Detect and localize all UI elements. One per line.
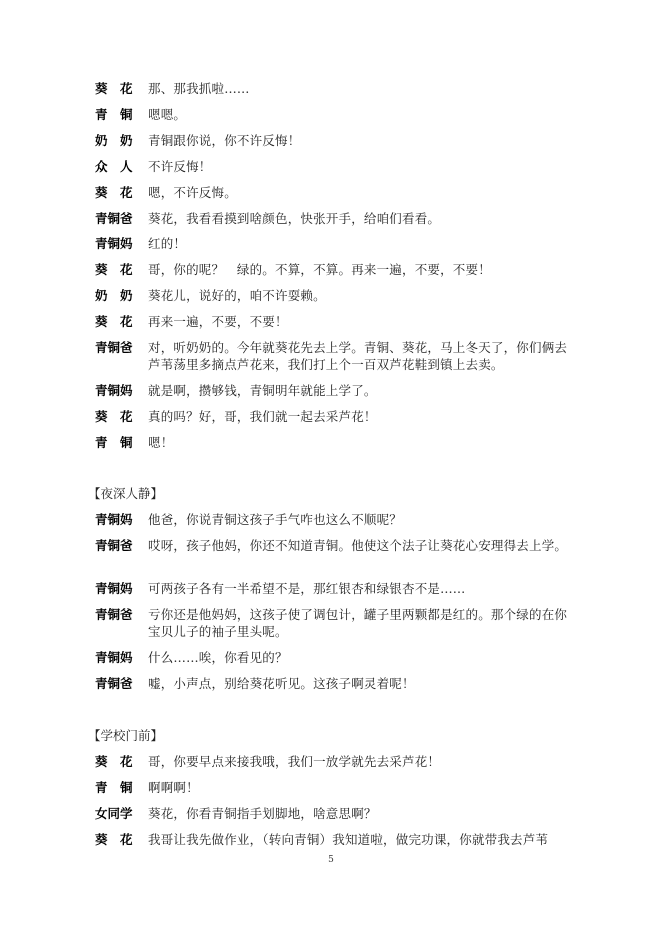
- speech-text: 什么……唉，你看见的？: [148, 649, 575, 666]
- dialogue-line: 青铜爸 对，听奶奶的。今年就葵花先去上学。青铜、葵花，马上冬天了，你们俩去芦苇荡…: [95, 339, 575, 373]
- dialogue-line: 葵 花 再来一遍，不要，不要！: [95, 313, 575, 330]
- scene-heading: 【夜深人静】: [88, 485, 163, 502]
- speaker-name: 青铜妈: [95, 511, 148, 528]
- dialogue-line: 奶 奶 葵花儿，说好的，咱不许耍赖。: [95, 287, 575, 304]
- dialogue-line: 青铜妈 他爸，你说青铜这孩子手气咋也这么不顺呢？: [95, 511, 575, 528]
- speaker-name: 青 铜: [95, 434, 148, 451]
- speech-text: 不许反悔！: [148, 158, 575, 175]
- speaker-name: 葵 花: [95, 408, 148, 425]
- speech-text: 那、那我抓啦……: [148, 80, 575, 97]
- speech-text: 他爸，你说青铜这孩子手气咋也这么不顺呢？: [148, 511, 575, 528]
- dialogue-line: 奶 奶 青铜跟你说，你不许反悔！: [95, 132, 575, 149]
- speaker-name: 葵 花: [95, 831, 148, 848]
- dialogue-line: 众 人 不许反悔！: [95, 158, 575, 175]
- speech-text: 红的！: [148, 235, 575, 252]
- speaker-name: 葵 花: [95, 261, 148, 278]
- speaker-name: 青铜爸: [95, 339, 148, 356]
- speaker-name: 青铜妈: [95, 580, 148, 597]
- speaker-name: 青 铜: [95, 779, 148, 796]
- dialogue-line: 青铜妈 红的！: [95, 235, 575, 252]
- dialogue-line: 葵 花 嗯，不许反悔。: [95, 184, 575, 201]
- speech-text: 青铜跟你说，你不许反悔！: [148, 132, 575, 149]
- speech-text: 葵花，你看青铜指手划脚地，啥意思啊？: [148, 805, 575, 822]
- speaker-name: 青铜妈: [95, 382, 148, 399]
- speaker-name: 青 铜: [95, 106, 148, 123]
- speech-text: 葵花儿，说好的，咱不许耍赖。: [148, 287, 575, 304]
- scene-heading: 【学校门前】: [88, 727, 163, 744]
- speaker-name: 青铜妈: [95, 235, 148, 252]
- dialogue-line: 葵 花 哥，你的呢？ 绿的。不算，不算。再来一遍，不要，不要！: [95, 261, 575, 278]
- dialogue-line: 青铜爸 嘘，小声点，别给葵花听见。这孩子啊灵着呢！: [95, 675, 575, 692]
- speech-text: 啊啊啊！: [148, 779, 575, 796]
- dialogue-line: 青铜妈 就是啊，攒够钱，青铜明年就能上学了。: [95, 382, 575, 399]
- speaker-name: 葵 花: [95, 184, 148, 201]
- dialogue-line: 葵 花 真的吗？好，哥，我们就一起去采芦花！: [95, 408, 575, 425]
- speech-text: 葵花，我看看摸到啥颜色，快张开手，给咱们看看。: [148, 210, 575, 227]
- speaker-name: 奶 奶: [95, 287, 148, 304]
- speaker-name: 葵 花: [95, 313, 148, 330]
- dialogue-line: 青铜爸 葵花，我看看摸到啥颜色，快张开手，给咱们看看。: [95, 210, 575, 227]
- speech-text: 哎呀，孩子他妈，你还不知道青铜。他使这个法子让葵花心安理得去上学。: [148, 537, 575, 554]
- speech-text: 嘘，小声点，别给葵花听见。这孩子啊灵着呢！: [148, 675, 575, 692]
- speaker-name: 青铜爸: [95, 606, 148, 623]
- dialogue-line: 青 铜 嗯！: [95, 434, 575, 451]
- page-number: 5: [0, 855, 662, 865]
- speaker-name: 青铜爸: [95, 675, 148, 692]
- speaker-name: 奶 奶: [95, 132, 148, 149]
- dialogue-line: 女同学 葵花，你看青铜指手划脚地，啥意思啊？: [95, 805, 575, 822]
- speech-text: 就是啊，攒够钱，青铜明年就能上学了。: [148, 382, 575, 399]
- dialogue-line: 青铜妈 可两孩子各有一半希望不是，那红银杏和绿银杏不是……: [95, 580, 575, 597]
- speaker-name: 众 人: [95, 158, 148, 175]
- dialogue-line: 青 铜 嗯嗯。: [95, 106, 575, 123]
- speech-text: 嗯嗯。: [148, 106, 575, 123]
- document-page: 葵 花 那、那我抓啦…… 青 铜 嗯嗯。 奶 奶 青铜跟你说，你不许反悔！ 众 …: [0, 0, 662, 936]
- speech-text: 亏你还是他妈妈，这孩子使了调包计，罐子里两颗都是红的。那个绿的在你宝贝儿子的袖子…: [148, 606, 575, 640]
- dialogue-line: 葵 花 那、那我抓啦……: [95, 80, 575, 97]
- speech-text: 再来一遍，不要，不要！: [148, 313, 575, 330]
- speech-text: 我哥让我先做作业，（转向青铜）我知道啦，做完功课，你就带我去芦苇: [148, 831, 575, 848]
- dialogue-line: 葵 花 我哥让我先做作业，（转向青铜）我知道啦，做完功课，你就带我去芦苇: [95, 831, 575, 848]
- speech-text: 嗯！: [148, 434, 575, 451]
- dialogue-line: 青铜妈 什么……唉，你看见的？: [95, 649, 575, 666]
- speaker-name: 青铜爸: [95, 210, 148, 227]
- speech-text: 对，听奶奶的。今年就葵花先去上学。青铜、葵花，马上冬天了，你们俩去芦苇荡里多摘点…: [148, 339, 575, 373]
- speaker-name: 青铜爸: [95, 537, 148, 554]
- dialogue-line: 青 铜 啊啊啊！: [95, 779, 575, 796]
- speech-text: 哥，你要早点来接我哦，我们一放学就先去采芦花！: [148, 753, 575, 770]
- speaker-name: 葵 花: [95, 80, 148, 97]
- speech-text: 真的吗？好，哥，我们就一起去采芦花！: [148, 408, 575, 425]
- speech-text: 嗯，不许反悔。: [148, 184, 575, 201]
- dialogue-line: 青铜爸 亏你还是他妈妈，这孩子使了调包计，罐子里两颗都是红的。那个绿的在你宝贝儿…: [95, 606, 575, 640]
- speaker-name: 青铜妈: [95, 649, 148, 666]
- speech-text: 哥，你的呢？ 绿的。不算，不算。再来一遍，不要，不要！: [148, 261, 575, 278]
- dialogue-line: 葵 花 哥，你要早点来接我哦，我们一放学就先去采芦花！: [95, 753, 575, 770]
- dialogue-line: 青铜爸 哎呀，孩子他妈，你还不知道青铜。他使这个法子让葵花心安理得去上学。: [95, 537, 575, 554]
- speaker-name: 葵 花: [95, 753, 148, 770]
- speech-text: 可两孩子各有一半希望不是，那红银杏和绿银杏不是……: [148, 580, 575, 597]
- speaker-name: 女同学: [95, 805, 148, 822]
